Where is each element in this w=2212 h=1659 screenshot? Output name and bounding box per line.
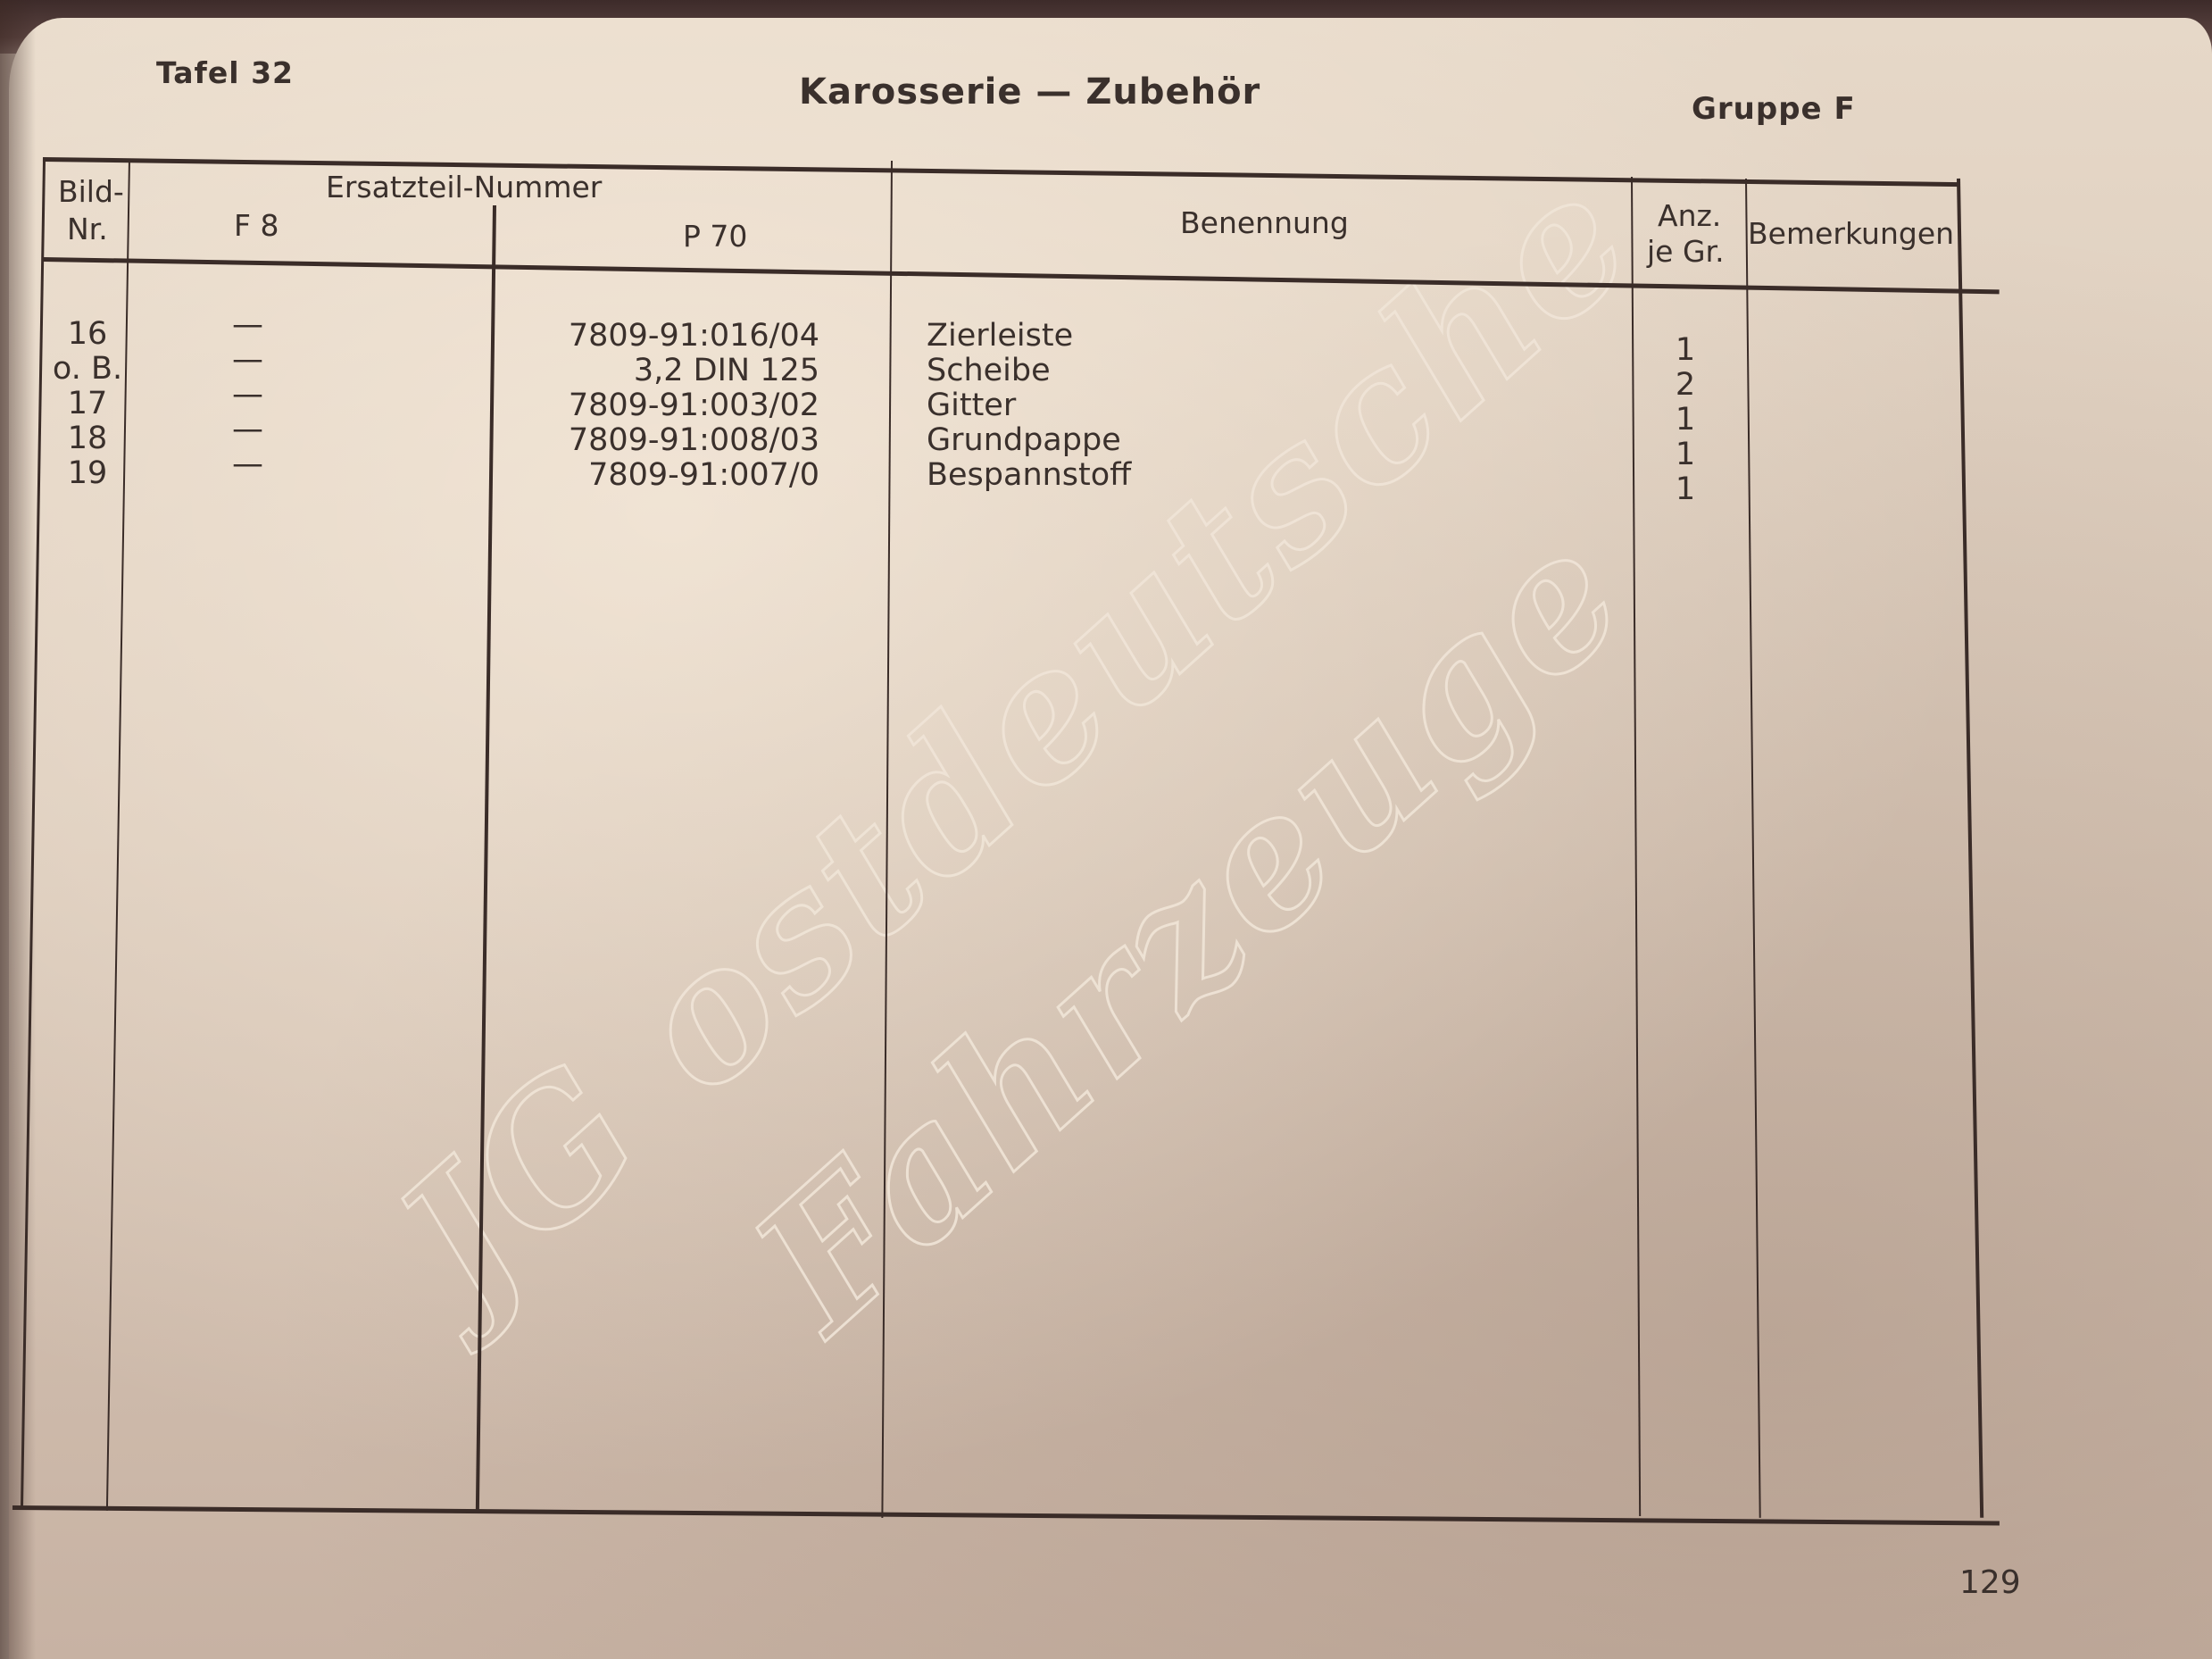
page-gutter-shadow [0,0,36,1659]
cell-benennung: Scheibe [927,354,1462,388]
cell-benennung: Grundpappe [927,423,1462,458]
header-benennung: Benennung [1180,205,1349,240]
column-benennung: Zierleiste Scheibe Gitter Grundpappe Bes… [927,319,1462,493]
column-f8: — — — — — [228,308,268,482]
header-bild-nr-line1: Bild- [58,174,124,209]
cell-p70: 7809-91:008/03 [518,423,819,458]
header-bemerkungen: Bemerkungen [1748,216,1954,251]
cell-p70: 7809-91:016/04 [518,319,819,354]
cell-anz: 1 [1659,472,1712,507]
column-anz: 1 2 1 1 1 [1659,333,1712,507]
header-anz-line2: je Gr. [1647,234,1725,269]
header-f8: F 8 [234,208,279,243]
cell-bild-nr: 16 [52,317,123,352]
cell-anz: 1 [1659,403,1712,438]
cell-anz: 1 [1659,333,1712,368]
header-ersatzteil-nummer: Ersatzteil-Nummer [326,170,602,204]
header-p70: P 70 [683,219,747,254]
cell-benennung: Gitter [927,388,1462,423]
column-bild-nr: 16 o. B. 17 18 19 [52,317,123,491]
page-title: Karosserie — Zubehör [799,71,1260,113]
cell-bild-nr: o. B. [52,352,123,387]
cell-f8: — [228,447,268,482]
page-number: 129 [1959,1564,2021,1601]
tafel-label: Tafel 32 [156,55,294,90]
cell-f8: — [228,413,268,447]
cell-f8: — [228,308,268,343]
cell-benennung: Bespannstoff [927,458,1462,493]
cell-f8: — [228,343,268,378]
cell-p70: 7809-91:007/0 [518,458,819,493]
cell-anz: 1 [1659,438,1712,472]
cell-bild-nr: 17 [52,387,123,421]
cell-anz: 2 [1659,368,1712,403]
cell-p70: 7809-91:003/02 [518,388,819,423]
gruppe-label: Gruppe F [1692,91,1856,127]
cell-p70: 3,2 DIN 125 [518,354,819,388]
column-p70: 7809-91:016/04 3,2 DIN 125 7809-91:003/0… [518,319,819,493]
cell-benennung: Zierleiste [927,319,1462,354]
header-bild-nr-line2: Nr. [67,212,108,246]
cell-bild-nr: 19 [52,456,123,491]
header-anz-line1: Anz. [1658,198,1721,233]
cell-bild-nr: 18 [52,421,123,456]
cell-f8: — [228,378,268,413]
